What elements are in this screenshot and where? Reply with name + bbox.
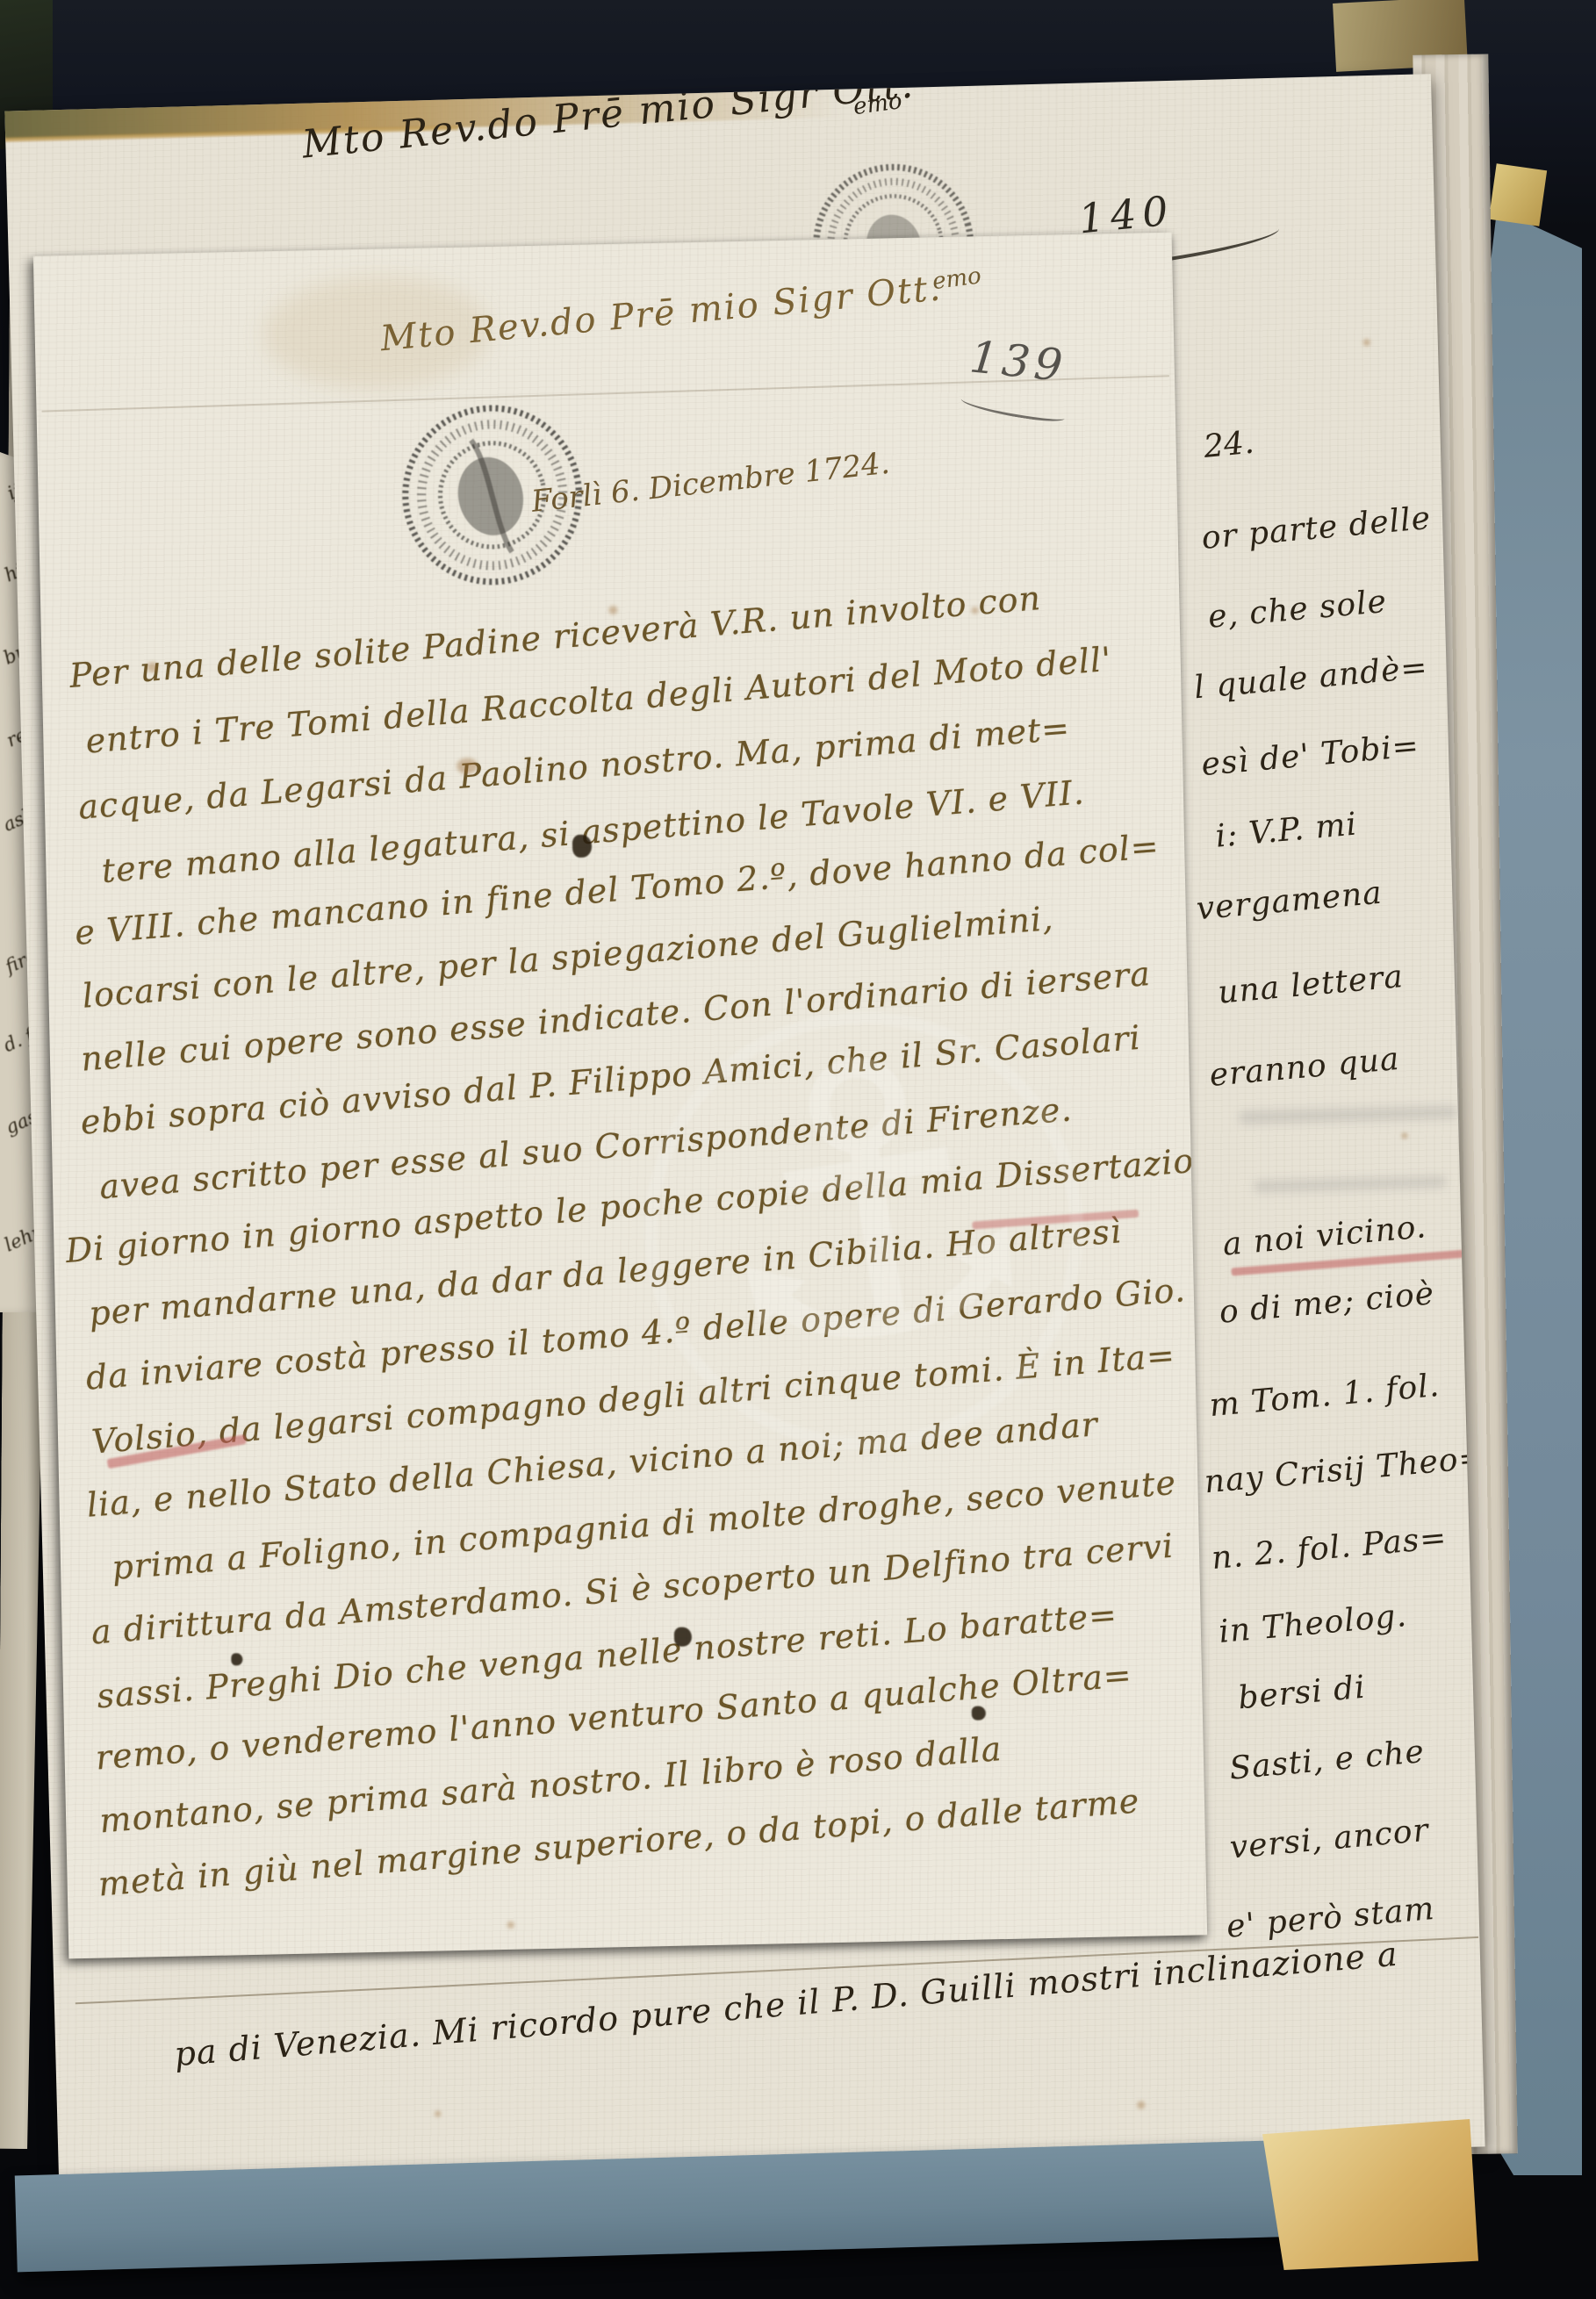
under-line-fragment: versi, ancor	[1228, 1813, 1430, 1866]
overlay-page: Mto Rev.do Prē mio Sigr Ott. emo 139 For…	[33, 233, 1207, 1959]
ink-blot	[674, 1627, 692, 1646]
under-line-fragment: una lettera	[1217, 959, 1405, 1011]
under-line-fragment: or parte delle	[1200, 500, 1433, 557]
foxing-spot	[507, 1922, 514, 1929]
photo-stage: ij d. hir gi bue chi re bil. askeid fire…	[0, 0, 1596, 2299]
ink-blot	[572, 835, 593, 858]
overlay-salutation: Mto Rev.do Prē mio Sigr Ott.	[378, 268, 943, 359]
bleed-through	[1254, 1175, 1447, 1193]
vellum-wedge	[1489, 163, 1547, 226]
dateline: Forlì 6. Dicembre 1724.	[529, 446, 891, 520]
under-salutation: Mto Rev.do Prē mio Sigr Ott.	[300, 74, 917, 167]
under-line-fragment: esì de' Tobi=	[1200, 728, 1421, 783]
ink-blot	[972, 1706, 986, 1720]
foxing-spot	[1401, 1132, 1407, 1139]
under-bottom-line: pa di Venezia. Mi ricordo pure che il P.…	[173, 1935, 1399, 2073]
under-line-fragment: e' però stam	[1225, 1891, 1436, 1945]
under-line-fragment: m Tom. 1. fol.	[1208, 1368, 1441, 1424]
under-salutation-superscript: emo	[852, 88, 903, 120]
under-line-fragment: nay Crisij Theo=	[1203, 1440, 1485, 1500]
under-line-fragment: vergamena	[1195, 875, 1384, 928]
folio-139-underline	[960, 392, 1066, 424]
under-date-fragment: 24.	[1202, 425, 1255, 465]
foxing-spot	[1363, 339, 1370, 346]
under-line-fragment: eranno qua	[1208, 1041, 1401, 1094]
overlay-salutation-superscript: emo	[931, 262, 982, 295]
under-line-fragment: Sasti, e che	[1228, 1734, 1427, 1787]
vellum-corner	[1262, 2119, 1478, 2270]
foxing-spot	[1137, 2101, 1145, 2109]
under-line-fragment: in Theolog.	[1218, 1598, 1409, 1650]
under-line-fragment: n. 2. fol. Pas=	[1210, 1519, 1449, 1577]
under-line-fragment: l quale andè=	[1192, 650, 1429, 707]
foxing-spot	[435, 2110, 441, 2116]
bleed-through	[1239, 1105, 1458, 1125]
under-line-fragment: e, che sole	[1206, 584, 1388, 636]
under-line-fragment: i: V.P. mi	[1214, 807, 1359, 855]
under-line-fragment: bersi di	[1237, 1670, 1368, 1717]
ink-blot	[231, 1653, 242, 1665]
under-line-fragment: o di me; cioè	[1218, 1275, 1435, 1331]
